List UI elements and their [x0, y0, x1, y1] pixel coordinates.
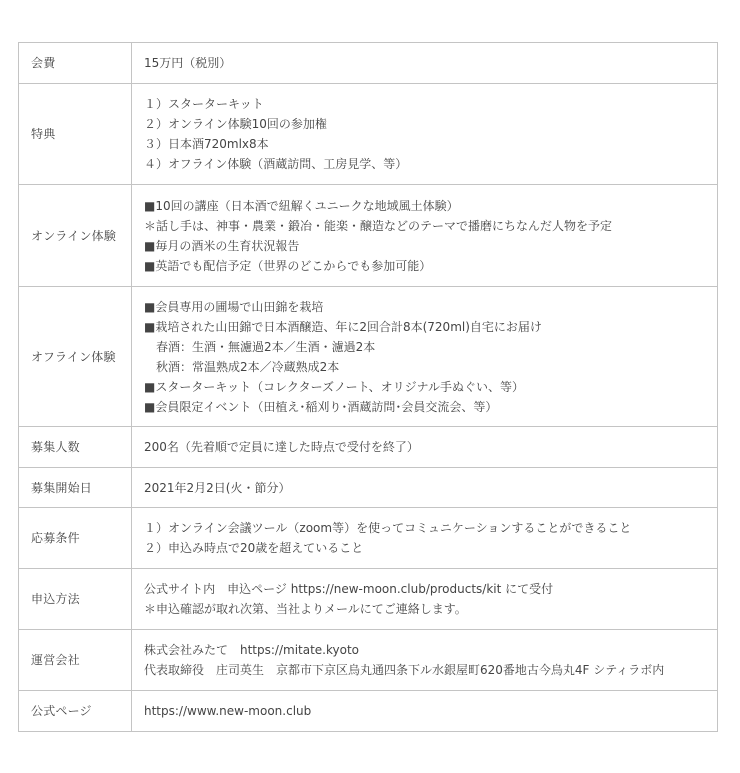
row-label: 公式ページ	[19, 691, 132, 732]
label-text: 特典	[31, 127, 55, 141]
table-row-application-method: 申込方法 公式サイト内 申込ページ https://new-moon.club/…	[19, 569, 718, 630]
row-value: ■10回の講座（日本酒で紐解くユニークな地域風土体験） ＊話し手は、神事・農業・…	[132, 185, 718, 287]
label-text: 募集開始日	[31, 481, 92, 495]
application-page-link-line[interactable]: 公式サイト内 申込ページ https://new-moon.club/produ…	[144, 579, 705, 599]
value-line: ＊申込確認が取れ次第、当社よりメールにてご連絡します。	[144, 599, 705, 619]
label-text: オフライン体験	[31, 350, 116, 364]
value-line: ■10回の講座（日本酒で紐解くユニークな地域風土体験）	[144, 196, 705, 216]
row-label: 特典	[19, 84, 132, 185]
row-value: 株式会社みたて https://mitate.kyoto 代表取締役 庄司英生 …	[132, 630, 718, 691]
row-value: ■会員専用の圃場で山田錦を栽培 ■栽培された山田錦で日本酒醸造、年に2回合計8本…	[132, 287, 718, 427]
value-line: ３）日本酒720mlx8本	[144, 134, 705, 154]
table-row-offline-experience: オフライン体験 ■会員専用の圃場で山田錦を栽培 ■栽培された山田錦で日本酒醸造、…	[19, 287, 718, 427]
value-line: 代表取締役 庄司英生 京都市下京区烏丸通四条下ル水銀屋町620番地古今烏丸4F …	[144, 660, 705, 680]
value-line: ＊話し手は、神事・農業・鍛冶・能楽・醸造などのテーマで播磨にちなんだ人物を予定	[144, 216, 705, 236]
value-line: 2021年2月2日(火・節分）	[144, 478, 705, 498]
row-value: 200名（先着順で定員に達した時点で受付を終了）	[132, 427, 718, 468]
table-row-capacity: 募集人数 200名（先着順で定員に達した時点で受付を終了）	[19, 427, 718, 468]
table-row-online-experience: オンライン体験 ■10回の講座（日本酒で紐解くユニークな地域風土体験） ＊話し手…	[19, 185, 718, 287]
official-page-link[interactable]: https://www.new-moon.club	[144, 701, 705, 721]
label-text: 申込方法	[31, 592, 80, 606]
label-text: 募集人数	[31, 440, 80, 454]
table-row-official-page: 公式ページ https://www.new-moon.club	[19, 691, 718, 732]
row-label: 募集開始日	[19, 468, 132, 508]
label-text: 公式ページ	[31, 704, 92, 718]
table-row-requirements: 応募条件 １）オンライン会議ツール（zoom等）を使ってコミュニケーションするこ…	[19, 508, 718, 569]
row-value: １）スターターキット ２）オンライン体験10回の参加権 ３）日本酒720mlx8…	[132, 84, 718, 185]
row-label: 応募条件	[19, 508, 132, 569]
value-line: ■スターターキット（コレクターズノート、オリジナル手ぬぐい、等）	[144, 377, 705, 397]
table-row-operating-company: 運営会社 株式会社みたて https://mitate.kyoto 代表取締役 …	[19, 630, 718, 691]
table-row-benefits: 特典 １）スターターキット ２）オンライン体験10回の参加権 ３）日本酒720m…	[19, 84, 718, 185]
value-line: 15万円（税別）	[144, 53, 705, 73]
value-line: ２）申込み時点で20歳を超えていること	[144, 538, 705, 558]
row-label: 募集人数	[19, 427, 132, 468]
value-line: ４）オフライン体験（酒蔵訪問、工房見学、等）	[144, 154, 705, 174]
row-value: 2021年2月2日(火・節分）	[132, 468, 718, 508]
row-label: 会費	[19, 43, 132, 84]
membership-info-table: 会費 15万円（税別） 特典 １）スターターキット ２）オンライン体験10回の参…	[18, 42, 718, 732]
row-value: 公式サイト内 申込ページ https://new-moon.club/produ…	[132, 569, 718, 630]
row-value: 15万円（税別）	[132, 43, 718, 84]
label-text: 運営会社	[31, 653, 80, 667]
value-line: １）オンライン会議ツール（zoom等）を使ってコミュニケーションすることができる…	[144, 518, 705, 538]
label-text: 応募条件	[31, 531, 80, 545]
label-text: オンライン体験	[31, 229, 116, 243]
table-row-fee: 会費 15万円（税別）	[19, 43, 718, 84]
row-label: 運営会社	[19, 630, 132, 691]
value-line: 200名（先着順で定員に達した時点で受付を終了）	[144, 437, 705, 457]
value-line: ■栽培された山田錦で日本酒醸造、年に2回合計8本(720ml)自宅にお届け	[144, 317, 705, 337]
row-value: https://www.new-moon.club	[132, 691, 718, 732]
company-link-line[interactable]: 株式会社みたて https://mitate.kyoto	[144, 640, 705, 660]
value-line: ■会員限定イベント（田植え･稲刈り･酒蔵訪問･会員交流会、等）	[144, 397, 705, 417]
row-label: 申込方法	[19, 569, 132, 630]
table-row-start-date: 募集開始日 2021年2月2日(火・節分）	[19, 468, 718, 508]
value-line: 春酒：生酒・無濾過2本／生酒・濾過2本	[144, 337, 705, 357]
row-value: １）オンライン会議ツール（zoom等）を使ってコミュニケーションすることができる…	[132, 508, 718, 569]
label-text: 会費	[31, 56, 55, 70]
value-line: ■英語でも配信予定（世界のどこからでも参加可能）	[144, 256, 705, 276]
value-line: １）スターターキット	[144, 94, 705, 114]
row-label: オンライン体験	[19, 185, 132, 287]
value-line: 秋酒：常温熟成2本／冷蔵熟成2本	[144, 357, 705, 377]
value-line: ■会員専用の圃場で山田錦を栽培	[144, 297, 705, 317]
value-line: ２）オンライン体験10回の参加権	[144, 114, 705, 134]
value-line: ■毎月の酒米の生育状況報告	[144, 236, 705, 256]
row-label: オフライン体験	[19, 287, 132, 427]
